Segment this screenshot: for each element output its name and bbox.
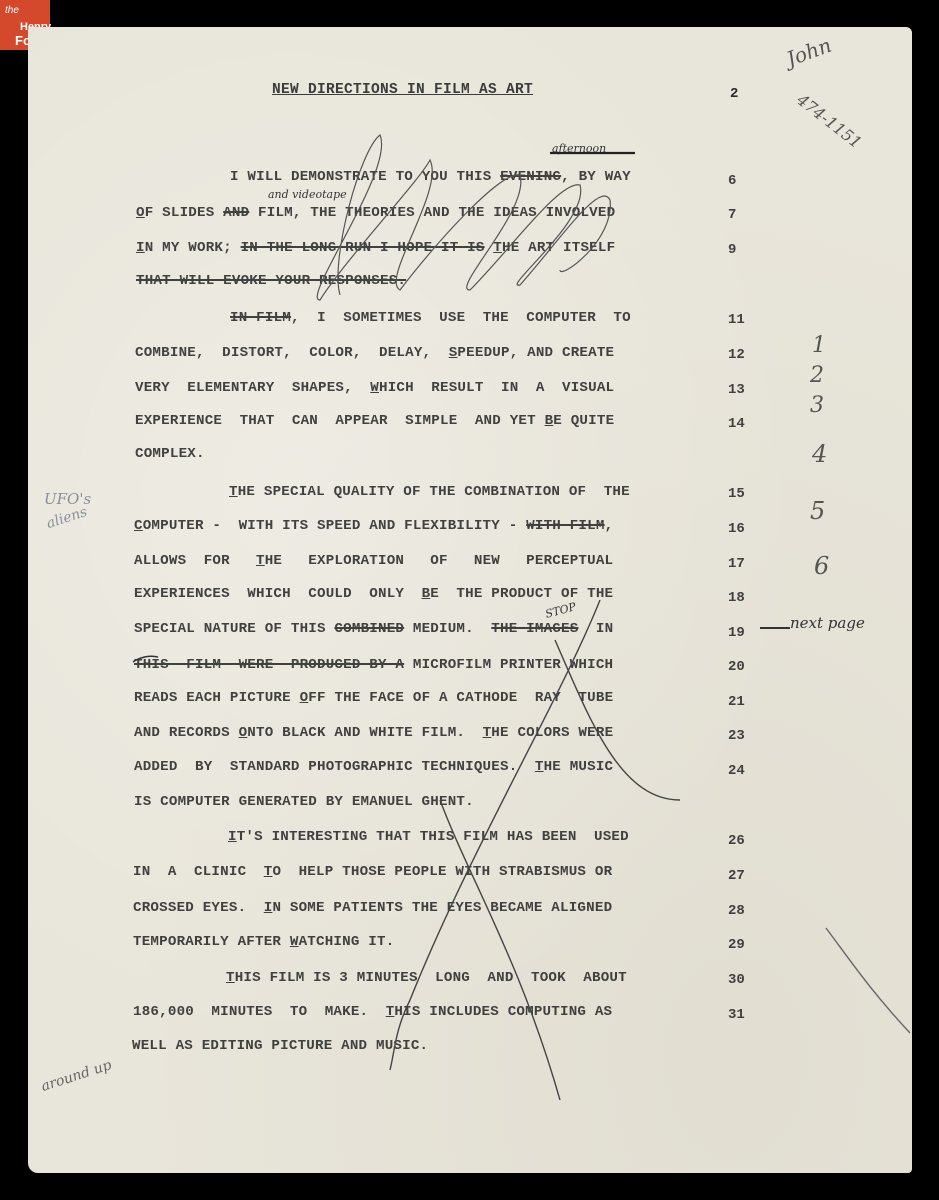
large-x-mark [390,600,680,1100]
scribble-cross-out [317,135,610,300]
diagonal-stroke-small [555,640,680,800]
pen-strokes [0,0,939,1200]
margin-stroke [826,928,910,1033]
hook-stroke [133,656,158,662]
diagonal-stroke-right [440,800,560,1100]
